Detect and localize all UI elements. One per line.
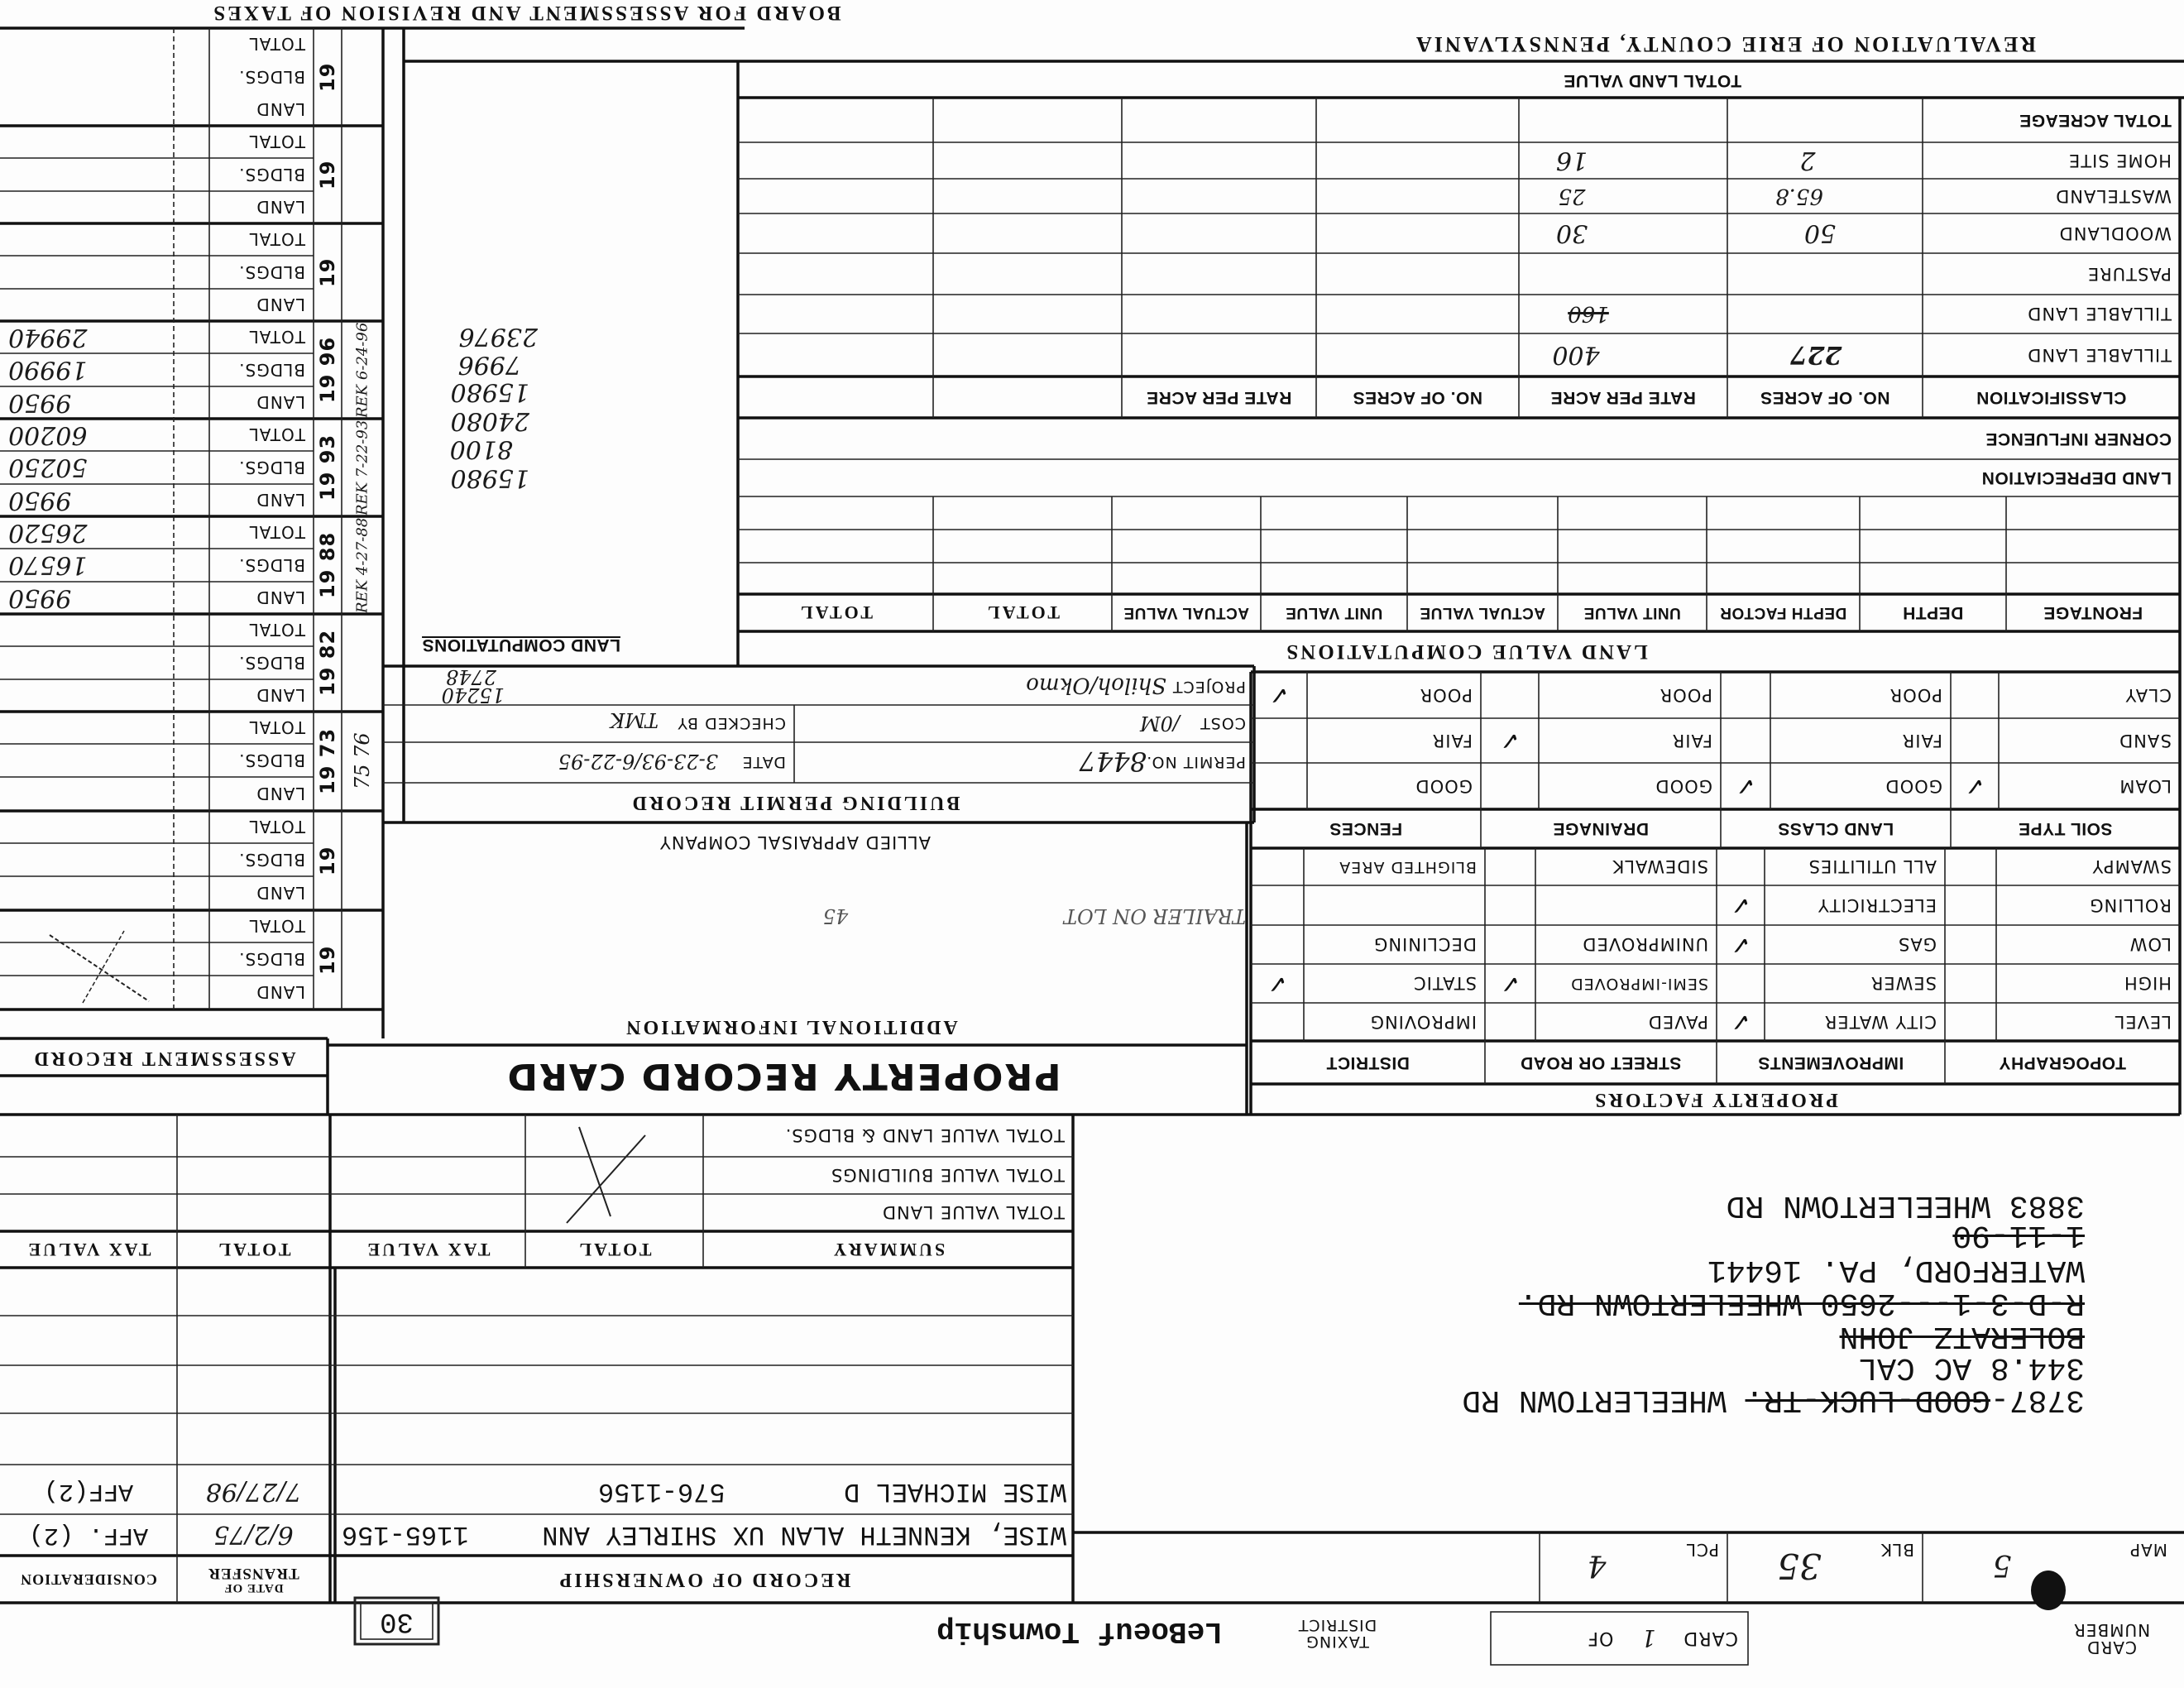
- rate-header: RATE PER ACRE: [1122, 376, 1316, 418]
- land-class-option: FAIR: [1770, 718, 1951, 763]
- owner-name: WISE MICHAEL D: [844, 1476, 1066, 1507]
- assessment-total-label: TOTAL: [209, 321, 314, 353]
- assessment-note: 75 76: [342, 712, 383, 811]
- check-mark-icon: ✓: [1721, 763, 1770, 809]
- assessment-record-title: ASSESSMENT RECORD: [0, 1040, 328, 1076]
- acres-value: 227: [1770, 333, 1861, 376]
- consideration-value: AFF. (2): [0, 1514, 177, 1556]
- assessment-land-label: LAND: [209, 876, 314, 910]
- assessment-bldgs-label: BLDGS.: [209, 744, 314, 777]
- deed-reference: 576-1156: [598, 1476, 726, 1507]
- card-number: 1: [1631, 1625, 1664, 1652]
- classification-row-label: HOME SITE: [1923, 142, 2180, 179]
- lvc-header-total: TOTAL: [933, 594, 1112, 631]
- date-of-transfer-header: DATE OF TRANSFER: [177, 1556, 330, 1603]
- fences-option: FAIR: [1307, 718, 1481, 763]
- taxing-district-label: TAXING DISTRICT: [1281, 1609, 1393, 1656]
- lvc-header-depth-factor: DEPTH FACTOR: [1707, 594, 1860, 631]
- revaluation-title: REVALUATION OF ERIE COUNTY, PENNSYLVANIA: [1406, 28, 2043, 60]
- checked-by-label: CHECKED BY: [667, 705, 794, 742]
- check-mark-icon: ✓: [1481, 718, 1539, 763]
- additional-note-number: 45: [807, 902, 864, 930]
- classification-row-label: TOTAL ACREAGE: [1923, 98, 2180, 142]
- permit-no-label: PERMIT NO.: [1155, 742, 1254, 783]
- acres-header: NO. OF ACRES: [1727, 376, 1923, 418]
- assessment-bldgs-label: BLDGS.: [209, 60, 314, 94]
- summary-header: SUMMARY: [703, 1231, 1073, 1268]
- project-label: PROJECT: [1175, 669, 1254, 705]
- taxing-district-value: LeBoeuf Township: [927, 1610, 1233, 1653]
- acres-value: 65.8: [1750, 179, 1849, 213]
- drainage-option: GOOD: [1539, 763, 1721, 809]
- rate-value: 160: [1539, 295, 1638, 333]
- summary-total-header: TOTAL: [525, 1231, 703, 1268]
- classification-row-label: TILLABLE LAND: [1923, 333, 2180, 376]
- soil-type-option: LOAM: [1999, 763, 2180, 809]
- permit-date-value: 3-23-93/6-22-95: [521, 741, 726, 782]
- ownership-row: WISE MICHAEL D 576-1156: [335, 1469, 1073, 1514]
- card-label: CARD: [1683, 1628, 1738, 1649]
- assessment-land-value: 9950: [0, 484, 209, 516]
- assessment-note: REK 6-24-96: [342, 321, 383, 419]
- card-number-label: CARD NUMBER: [2047, 1609, 2176, 1667]
- land-computation-value: 8100: [405, 437, 521, 462]
- assessment-total-label: TOTAL: [209, 712, 314, 744]
- topography-option: SWAMPY: [1996, 848, 2180, 885]
- assessment-land-label: LAND: [209, 582, 314, 614]
- summary-tax-value-header: TAX VALUE: [330, 1231, 525, 1268]
- pcl-value: 4: [1572, 1544, 1621, 1587]
- assessment-year: 19 93: [314, 419, 342, 516]
- assessment-land-label: LAND: [209, 679, 314, 712]
- drainage-option: POOR: [1539, 672, 1721, 718]
- soil-type-option: CLAY: [1999, 672, 2180, 718]
- consideration-value: AFF(2): [0, 1469, 177, 1514]
- map-label: MAP: [2085, 1537, 2176, 1562]
- permit-no-value: 8447: [1067, 739, 1155, 784]
- additional-info-title: ADDITIONAL INFORMATION: [613, 1013, 969, 1041]
- assessment-year: 19: [314, 28, 342, 126]
- soil-type-header: SOIL TYPE: [1951, 809, 2180, 848]
- property-record-card-scan: BOARD FOR ASSESSMENT AND REVISION OF TAX…: [0, 0, 2184, 1688]
- improvements-header: IMPROVEMENTS: [1717, 1041, 1945, 1084]
- topography-option: ROLLING: [1996, 885, 2180, 925]
- check-mark-icon: ✓: [1717, 1003, 1765, 1041]
- check-mark-icon: [1481, 672, 1539, 718]
- drainage-option: FAIR: [1539, 718, 1721, 763]
- street-option: SIDEWALK: [1535, 848, 1717, 885]
- rate-value: 25: [1539, 179, 1605, 213]
- summary-tax-value-header: TAX VALUE: [0, 1231, 177, 1268]
- land-computation-value: 15980: [405, 463, 538, 493]
- rate-header: RATE PER ACRE: [1519, 376, 1727, 418]
- district-option: IMPROVING: [1304, 1003, 1485, 1041]
- consideration-header: CONSIDERATION: [0, 1556, 177, 1603]
- district-option: DECLINING: [1304, 925, 1485, 964]
- cost-label: COST: [1188, 705, 1254, 742]
- assessment-land-label: LAND: [209, 386, 314, 419]
- lvc-title: LAND VALUE COMPUTATIONS: [1251, 631, 1681, 672]
- assessment-land-label: LAND: [209, 777, 314, 811]
- assessment-bldgs-label: BLDGS.: [209, 353, 314, 386]
- land-computation-value: 24080: [397, 407, 538, 435]
- topography-header: TOPOGRAPHY: [1945, 1041, 2180, 1084]
- assessment-total-value: 26520: [0, 516, 209, 549]
- current-address-line: 3883 WHEELERTOWN RD: [1390, 1190, 2085, 1221]
- acres-value: 2: [1779, 142, 1837, 179]
- board-title: BOARD FOR ASSESSMENT AND REVISION OF TAX…: [195, 0, 857, 25]
- blk-value: 35: [1762, 1542, 1837, 1590]
- assessment-year: 19 82: [314, 614, 342, 712]
- check-mark-icon: [1481, 763, 1539, 809]
- land-depreciation-label: LAND DEPRECIATION: [1923, 459, 2180, 496]
- city-line: WATERFORD, PA. 16441: [1390, 1254, 2085, 1286]
- fences-header: FENCES: [1251, 809, 1481, 848]
- district-option: BLIGHTED AREA: [1304, 848, 1485, 885]
- land-computations-title: LAND COMPUTATIONS: [397, 629, 645, 660]
- check-mark-icon: [1251, 763, 1307, 809]
- project-value: Shiloh/Okmo: [943, 666, 1175, 705]
- check-mark-icon: ✓: [1717, 885, 1765, 925]
- land-computation-value: 7996: [405, 352, 529, 377]
- previous-owner-line: BOLERATZ JOHN: [1390, 1321, 2085, 1352]
- acreage-line: 344.8 AC CAL: [1390, 1352, 2085, 1383]
- assessment-land-label: LAND: [209, 976, 314, 1009]
- assessment-land-label: LAND: [209, 191, 314, 223]
- cost-value: /0M: [1122, 705, 1188, 742]
- assessment-year: 19 73: [314, 712, 342, 811]
- assessment-bldgs-label: BLDGS.: [209, 256, 314, 289]
- assessment-bldgs-value: 50250: [0, 451, 209, 484]
- acres-value: 50: [1787, 213, 1853, 253]
- classification-header: CLASSIFICATION: [1923, 376, 2180, 418]
- check-mark-icon: ✓: [1251, 964, 1304, 1003]
- ownership-row: WISE, KENNETH ALAN UX SHIRLEY ANN 1165-1…: [335, 1514, 1073, 1556]
- date-line: 1-11-90: [1390, 1220, 2085, 1251]
- transfer-date: 7/27/98: [177, 1469, 330, 1514]
- owner-name: WISE, KENNETH ALAN UX SHIRLEY ANN: [542, 1520, 1066, 1551]
- street-header: STREET OR ROAD: [1485, 1041, 1717, 1084]
- assessment-total-label: TOTAL: [209, 910, 314, 942]
- summary-row-label: TOTAL VALUE LAND & BLDGS.: [703, 1115, 1073, 1157]
- previous-address-line: R-D-3-1---2650 WHEELERTOWN RD.: [1390, 1288, 2085, 1319]
- check-mark-icon: ✓: [1251, 672, 1307, 718]
- rate-value: 400: [1530, 333, 1621, 376]
- property-factors-title: PROPERTY FACTORS: [1251, 1084, 2180, 1115]
- transfer-label: TRANSFER: [208, 1565, 299, 1581]
- assessment-note: REK 4-27-88: [342, 516, 383, 614]
- improvement-option: ALL UTILITIES: [1765, 848, 1945, 885]
- rate-value: 16: [1539, 142, 1605, 179]
- lvc-header-total: TOTAL: [738, 594, 933, 631]
- assessment-land-label: LAND: [209, 484, 314, 516]
- check-mark-icon: ✓: [1717, 925, 1765, 964]
- lvc-header-unit-value: UNIT VALUE: [1261, 594, 1407, 631]
- rate-value: 30: [1539, 213, 1605, 253]
- district-label: DISTRICT: [1298, 1616, 1377, 1633]
- summary-row-label: TOTAL VALUE LAND: [703, 1194, 1073, 1231]
- address-street: WHEELERTOWN RD: [1462, 1383, 1745, 1418]
- classification-row-label: WASTELAND: [1923, 179, 2180, 213]
- building-permit-title: BUILDING PERMIT RECORD: [613, 783, 977, 822]
- assessment-total-label: TOTAL: [209, 516, 314, 549]
- topography-option: HIGH: [1996, 964, 2180, 1003]
- check-mark-icon: ✓: [1951, 763, 1999, 809]
- assessment-bldgs-label: BLDGS.: [209, 843, 314, 876]
- street-option: UNIMPROVED: [1535, 925, 1717, 964]
- card-id-box: 30: [355, 1598, 438, 1644]
- address-line: 3787-GOOD-LUCK-TR. WHEELERTOWN RD: [1390, 1383, 2085, 1417]
- assessment-bldgs-value: 19990: [0, 353, 209, 386]
- improvement-label: CITY WATER: [1824, 1012, 1937, 1032]
- assessment-year: 19 88: [314, 516, 342, 614]
- land-computation-value: 15240: [405, 685, 513, 705]
- check-mark-icon: [1721, 672, 1770, 718]
- assessment-bldgs-label: BLDGS.: [209, 158, 314, 191]
- assessment-bldgs-label: BLDGS.: [209, 646, 314, 679]
- summary-total-header: TOTAL: [177, 1231, 330, 1268]
- lvc-header-frontage: FRONTAGE: [2006, 594, 2180, 631]
- assessment-total-label: TOTAL: [209, 811, 314, 843]
- assessment-year: 19: [314, 223, 342, 321]
- assessment-bldgs-label: BLDGS.: [209, 549, 314, 582]
- card-of-box: CARD 1 OF: [1491, 1612, 1748, 1665]
- check-mark-icon: [1951, 718, 1999, 763]
- ownership-title: RECORD OF OWNERSHIP: [335, 1556, 1073, 1603]
- soil-type-option: SAND: [1999, 718, 2180, 763]
- assessment-year: 19: [314, 126, 342, 223]
- land-class-option: POOR: [1770, 672, 1951, 718]
- map-value: 5: [1973, 1544, 2031, 1587]
- assessment-land-label: LAND: [209, 289, 314, 321]
- card-number-label-line1: CARD: [2086, 1638, 2137, 1656]
- check-mark-icon: [1721, 718, 1770, 763]
- land-class-header: LAND CLASS: [1721, 809, 1951, 848]
- summary-row-label: TOTAL VALUE BUILDINGS: [703, 1157, 1073, 1194]
- date-of-label: DATE OF: [223, 1581, 283, 1594]
- assessment-total-label: TOTAL: [209, 614, 314, 646]
- assessment-total-label: TOTAL: [209, 419, 314, 451]
- corner-influence-label: CORNER INFLUENCE: [1923, 418, 2180, 459]
- classification-row-label: TILLABLE LAND: [1923, 295, 2180, 333]
- taxing-label: TAXING: [1305, 1633, 1369, 1649]
- assessment-total-value: 60200: [0, 419, 209, 451]
- fences-option: GOOD: [1307, 763, 1481, 809]
- district-option: STATIC: [1304, 964, 1485, 1003]
- fences-option: POOR: [1307, 672, 1481, 718]
- district-header: DISTRICT: [1251, 1041, 1485, 1084]
- assessment-total-label: TOTAL: [209, 28, 314, 60]
- assessment-year: 19: [314, 910, 342, 1009]
- assessment-total-value: 29940: [0, 321, 209, 353]
- land-class-option: GOOD: [1770, 763, 1951, 809]
- lvc-header-actual-value: ACTUAL VALUE: [1407, 594, 1558, 631]
- improvement-option: ELECTRICITY: [1765, 885, 1945, 925]
- assessment-bldgs-label: BLDGS.: [209, 942, 314, 976]
- address-struck-text: GOOD-LUCK-TR.: [1746, 1383, 1990, 1418]
- card-number-label-line2: NUMBER: [2073, 1621, 2150, 1638]
- transfer-date: 6/2/75: [177, 1514, 330, 1556]
- assessment-land-value: 9950: [0, 582, 209, 614]
- permit-date-label: DATE: [726, 742, 794, 783]
- improvement-option: GAS: [1765, 925, 1945, 964]
- assessment-bldgs-label: BLDGS.: [209, 451, 314, 484]
- land-computation-value: 23976: [397, 323, 546, 351]
- improvement-option: CITY WATER: [1765, 1003, 1945, 1041]
- topography-option: LOW: [1996, 925, 2180, 964]
- check-mark-icon: [1951, 672, 1999, 718]
- lvc-header-depth: DEPTH: [1860, 594, 2006, 631]
- additional-note: TRAILER ON LOT: [993, 902, 1254, 930]
- assessment-land-value: 9950: [0, 386, 209, 419]
- classification-row-label: WOODLAND: [1923, 213, 2180, 253]
- assessment-year: 19: [314, 811, 342, 910]
- assessment-land-label: LAND: [209, 94, 314, 126]
- check-mark-icon: [1251, 718, 1307, 763]
- classification-row-label: PASTURE: [1923, 253, 2180, 295]
- drainage-header: DRAINAGE: [1481, 809, 1721, 848]
- checked-by-value: TMK: [604, 702, 667, 739]
- address-number: 3787-: [1990, 1383, 2085, 1418]
- lvc-header-actual-value: ACTUAL VALUE: [1112, 594, 1261, 631]
- assessment-note: REK 7-22-93: [342, 419, 383, 516]
- total-land-value-label: TOTAL LAND VALUE: [1555, 66, 1750, 94]
- assessment-bldgs-value: 16570: [0, 549, 209, 582]
- pcl-label: PCL: [1646, 1537, 1727, 1562]
- land-computation-value: 15980: [405, 379, 538, 405]
- topography-option: LEVEL: [1996, 1003, 2180, 1041]
- street-option: PAVED: [1535, 1003, 1717, 1041]
- deed-reference: 1165-156: [342, 1520, 469, 1551]
- lvc-header-unit-value: UNIT VALUE: [1558, 594, 1707, 631]
- check-mark-icon: ✓: [1485, 964, 1535, 1003]
- appraisal-company: ALLIED APPRAISAL COMPANY: [613, 829, 977, 856]
- of-label: OF: [1587, 1628, 1613, 1649]
- acres-header: NO. OF ACRES: [1316, 376, 1519, 418]
- improvement-option: SEWER: [1765, 964, 1945, 1003]
- assessment-total-label: TOTAL: [209, 223, 314, 256]
- blk-label: BLK: [1845, 1537, 1923, 1562]
- assessment-year: 19 96: [314, 321, 342, 419]
- ink-blot: [2031, 1571, 2066, 1610]
- street-option: SEMI-IMPROVED: [1535, 964, 1717, 1003]
- assessment-total-label: TOTAL: [209, 126, 314, 158]
- card-title: PROPERTY RECORD CARD: [564, 1053, 1003, 1101]
